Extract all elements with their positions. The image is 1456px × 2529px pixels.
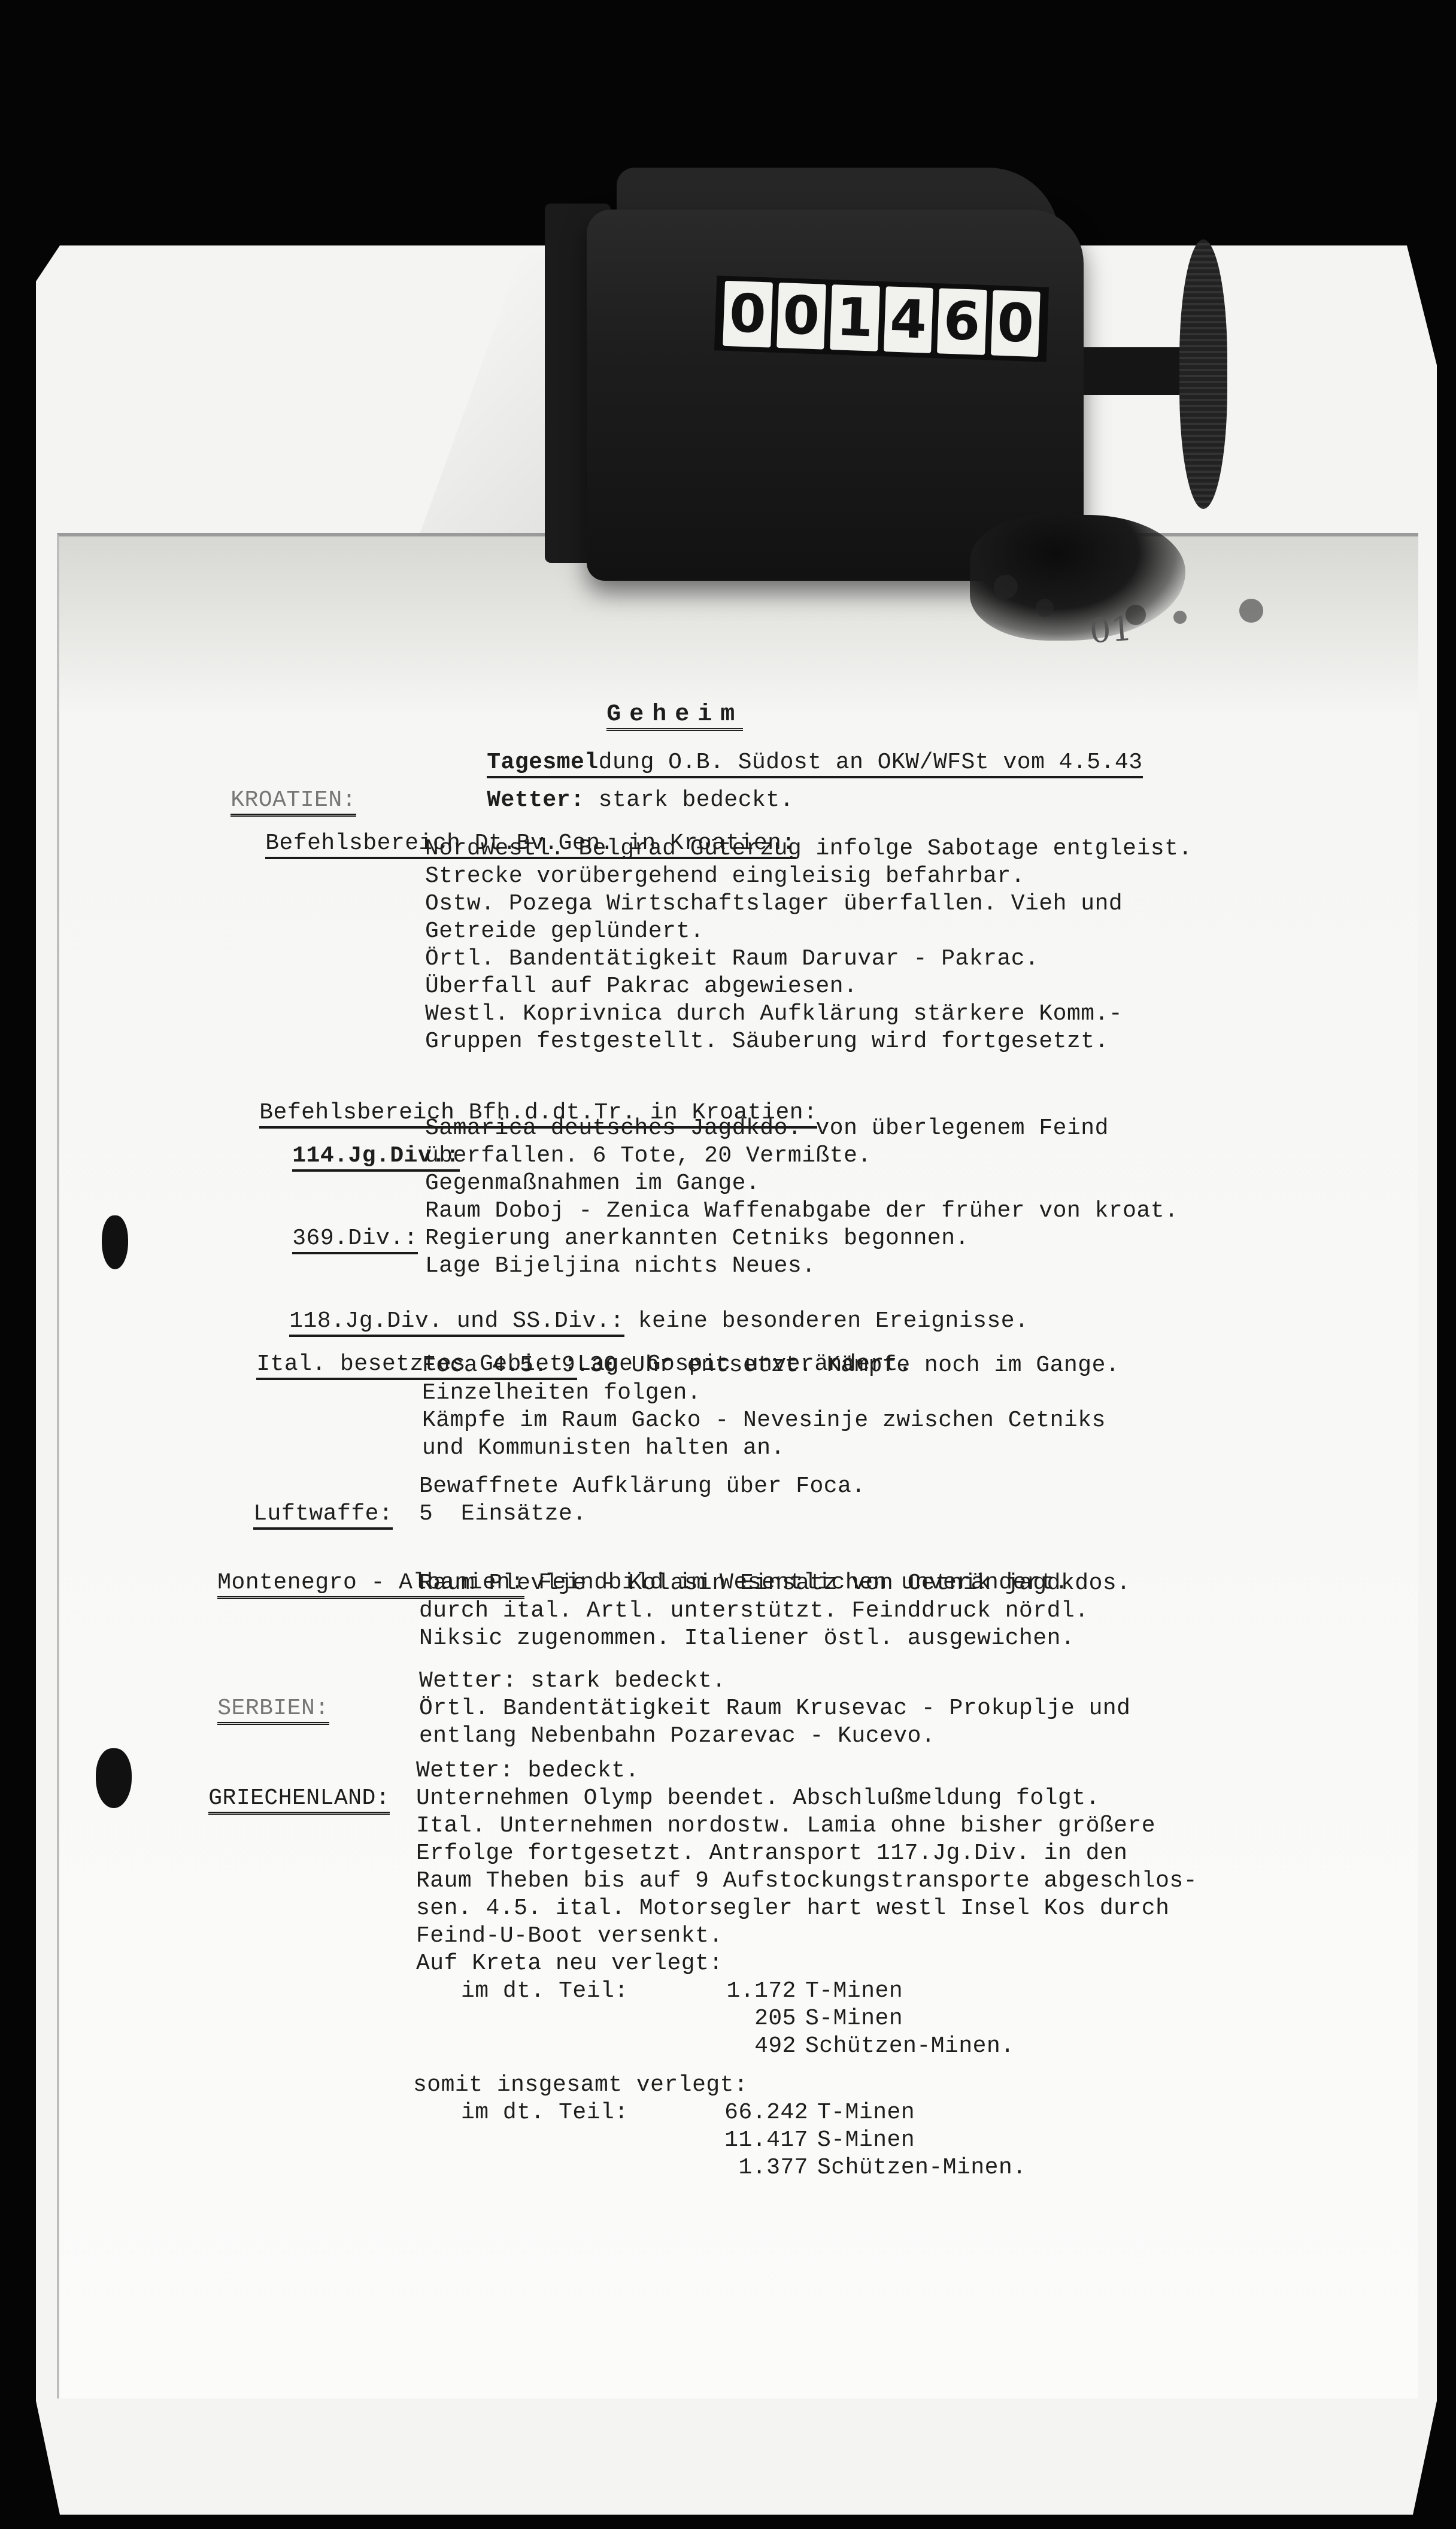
mines-total-count: 66.242 (688, 2099, 808, 2127)
mines-new-count: 492 (677, 2033, 796, 2060)
body-line: Foca 4.5. 9.30 Uhr entsetzt. Kämpfe noch… (422, 1352, 1120, 1379)
mines-new-type: T-Minen (805, 1978, 903, 2005)
unit-label: 369.Div.: (292, 1226, 418, 1254)
body-line: Raum Doboj - Zenica Waffenabgabe der frü… (425, 1197, 1178, 1225)
body-line: Kämpfe im Raum Gacko - Nevesinje zwische… (422, 1407, 1106, 1435)
body-line: Nordwestl. Belgrad Güterzug infolge Sabo… (425, 835, 1193, 863)
mines-total-type: S-Minen (817, 2127, 915, 2154)
body-line: Gruppen festgestellt. Säuberung wird for… (425, 1028, 1109, 1056)
body-line: Überfall auf Pakrac abgewiesen. (425, 973, 857, 1000)
body-line: Örtl. Bandentätigkeit Raum Daruvar - Pak… (425, 945, 1039, 973)
counter-digit: 0 (723, 281, 772, 348)
region-label-griechenland: GRIECHENLAND: (208, 1785, 390, 1815)
handwritten-mark: 01 (1088, 609, 1134, 651)
punch-hole-mark (96, 1748, 132, 1808)
mines-new-count: 205 (677, 2005, 796, 2033)
body-line: Lage Bijeljina nichts Neues. (425, 1253, 816, 1280)
ink-drop (1173, 611, 1187, 624)
document-text: Geheim Tagesmeldung O.B. Südost an OKW/W… (0, 0, 28, 2111)
mines-new-count: 1.172 (677, 1978, 796, 2005)
body-line: Feind-U-Boot versenkt. (416, 1922, 723, 1950)
body-line: Ostw. Pozega Wirtschaftslager überfallen… (425, 890, 1123, 918)
body-line: Strecke vorübergehend eingleisig befahrb… (425, 863, 1025, 890)
body-line: Einzelheiten folgen. (422, 1379, 701, 1407)
body-line: Raum Theben bis auf 9 Aufstockungstransp… (416, 1867, 1197, 1895)
body-line: Wetter: bedeckt. (416, 1757, 639, 1785)
body-line: Wetter: stark bedeckt. (419, 1667, 726, 1695)
counter-digit: 4 (884, 286, 933, 353)
body-line: Ital. Unternehmen nordostw. Lamia ohne b… (416, 1812, 1155, 1840)
body-line: Unternehmen Olymp beendet. Abschlußmeldu… (416, 1785, 1100, 1812)
body-line: Samarica deutsches Jagdkdo. von überlege… (425, 1115, 1109, 1142)
region-label-serbien: SERBIEN: (217, 1696, 329, 1725)
counter-digit: 1 (830, 284, 879, 351)
mines-total-type: Schützen-Minen. (817, 2154, 1027, 2182)
body-line: Auf Kreta neu verlegt: (416, 1950, 723, 1978)
counter-axle (1084, 347, 1185, 395)
body-line: Gegenmaßnahmen im Gange. (425, 1170, 760, 1197)
body-line: Bewaffnete Aufklärung über Foca. (419, 1473, 866, 1500)
mines-total-count: 1.377 (688, 2154, 808, 2182)
counter-digit: 6 (937, 288, 987, 355)
body-line: Niksic zugenommen. Italiener östl. ausge… (419, 1625, 1075, 1652)
counter-knob (1179, 239, 1227, 509)
ink-drop (1036, 599, 1054, 617)
body-line: überfallen. 6 Tote, 20 Vermißte. (425, 1142, 872, 1170)
body-line: 5 Einsätze. (419, 1500, 587, 1528)
body-line: entlang Nebenbahn Pozarevac - Kucevo. (419, 1723, 935, 1750)
body-line: sen. 4.5. ital. Motorsegler hart westl I… (416, 1895, 1169, 1922)
ink-drop (994, 575, 1018, 599)
counter-digit: 0 (990, 290, 1040, 357)
body-line: Westl. Koprivnica durch Aufklärung stärk… (425, 1000, 1123, 1028)
mines-total-count: 11.417 (688, 2127, 808, 2154)
body-line: Erfolge fortgesetzt. Antransport 117.Jg.… (416, 1840, 1128, 1867)
mines-new-type: Schützen-Minen. (805, 2033, 1015, 2060)
mines-total-label: somit insgesamt verlegt: (413, 2072, 748, 2099)
section-label: Luftwaffe: (253, 1501, 393, 1530)
counter-digit: 0 (776, 283, 826, 350)
mines-total-type: T-Minen (817, 2099, 915, 2127)
body-line: Örtl. Bandentätigkeit Raum Krusevac - Pr… (419, 1695, 1131, 1723)
body-line: und Kommunisten halten an. (422, 1435, 785, 1462)
body-line: Getreide geplündert. (425, 918, 704, 945)
mines-total-prefix: im dt. Teil: (461, 2099, 629, 2127)
body-line: Raum Plevlje - Kolasin Einsatz von Cetni… (419, 1570, 1131, 1597)
punch-hole-mark (102, 1215, 128, 1269)
ink-drop (1239, 599, 1263, 623)
mines-new-prefix: im dt. Teil: (461, 1978, 629, 2005)
mines-new-type: S-Minen (805, 2005, 903, 2033)
body-line: durch ital. Artl. unterstützt. Feinddruc… (419, 1597, 1089, 1625)
body-line: Regierung anerkannten Cetniks begonnen. (425, 1225, 969, 1253)
counter-window: 0 0 1 4 6 0 (714, 275, 1049, 362)
